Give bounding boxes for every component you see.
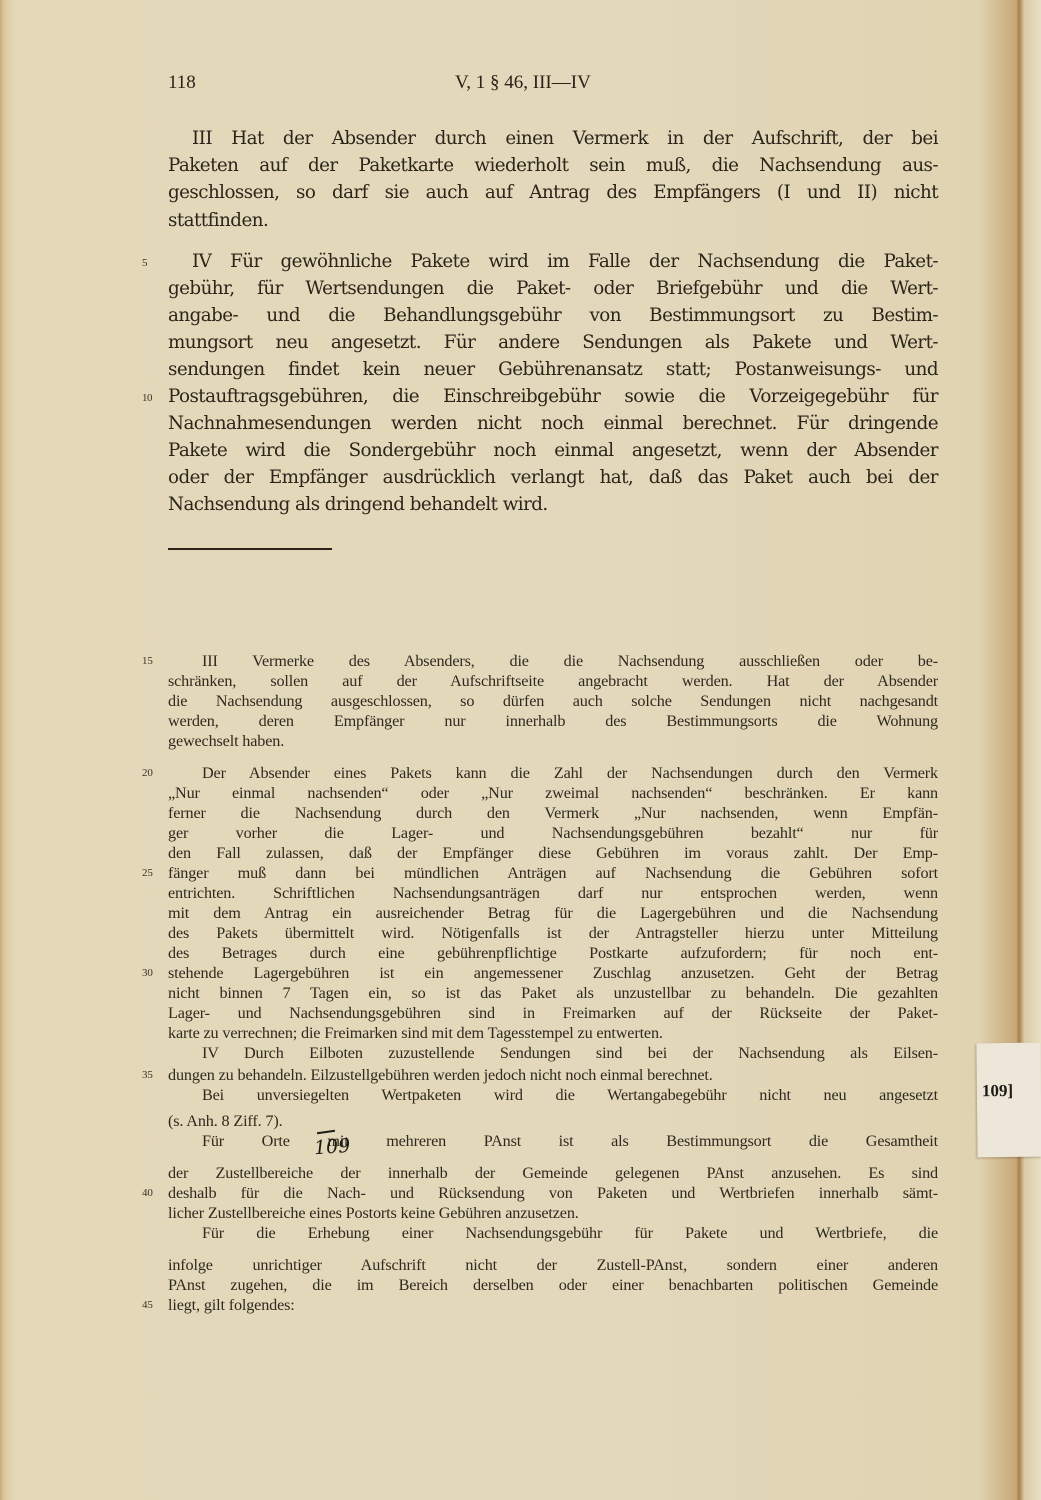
section-reference: V, 1 § 46, III—IV — [455, 72, 591, 94]
line-text: Lager- und Nachsendungsgebühren sind in … — [168, 1004, 938, 1023]
handwritten-note: 109 — [313, 1135, 351, 1159]
line-text: fänger muß dann bei mündlichen Anträgen … — [168, 864, 938, 883]
line-text: gebühr, für Wertsendungen die Paket- ode… — [168, 278, 938, 299]
line-number: 5 — [142, 257, 147, 269]
line-text: sendungen findet kein neuer Gebührenansa… — [168, 359, 938, 380]
line-number: 35 — [142, 1069, 153, 1081]
page-number: 118 — [168, 72, 196, 94]
line-text: Bei unversiegelten Wertpaketen wird die … — [202, 1086, 938, 1105]
footnote-separator-rule — [168, 548, 332, 550]
insert-label: 109] — [982, 1081, 1013, 1101]
line-text: Nachnahmesendungen werden nicht noch ein… — [168, 413, 938, 434]
line-text: Pakete wird die Sondergebühr noch einmal… — [168, 440, 938, 461]
line-text: Nachsendung als dringend behandelt wird. — [168, 494, 548, 515]
line-text: Für Orte mit mehreren PAnst ist als Best… — [202, 1132, 938, 1151]
line-text: geschlossen, so darf sie auch auf Antrag… — [168, 182, 938, 203]
line-number: 30 — [142, 967, 153, 979]
line-text: der Zustellbereiche der innerhalb der Ge… — [168, 1164, 938, 1183]
line-number: 20 — [142, 767, 153, 779]
line-number: 25 — [142, 867, 153, 879]
line-text: schränken, sollen auf der Aufschriftseit… — [168, 672, 938, 691]
line-text: den Fall zulassen, daß der Empfänger die… — [168, 844, 938, 863]
line-text: liegt, gilt folgendes: — [168, 1296, 295, 1315]
scanned-book-page: 118 V, 1 § 46, III—IV III Hat der Absend… — [0, 0, 1041, 1500]
line-text: werden, deren Empfänger nur innerhalb de… — [168, 712, 938, 731]
line-number: 10 — [142, 392, 152, 404]
line-text: IV Für gewöhnliche Pakete wird im Falle … — [192, 251, 938, 272]
line-text: mit dem Antrag ein ausreichender Betrag … — [168, 904, 938, 923]
line-text: PAnst zugehen, die im Bereich derselben … — [168, 1276, 938, 1295]
line-text: ferner die Nachsendung durch den Vermerk… — [168, 804, 938, 823]
line-text: karte zu verrechnen; die Freimarken sind… — [168, 1024, 663, 1043]
line-text: IV Durch Eilboten zuzustellende Sendunge… — [202, 1044, 938, 1063]
line-text: oder der Empfänger ausdrücklich verlangt… — [168, 467, 938, 488]
margin-paper-insert: 109] — [976, 1043, 1041, 1158]
line-text: die Nachsendung ausgeschlossen, so dürfe… — [168, 692, 938, 711]
line-text: Paketen auf der Paketkarte wiederholt se… — [168, 155, 938, 176]
line-text: III Vermerke des Absenders, die die Nach… — [202, 652, 938, 671]
line-text: gewechselt haben. — [168, 732, 284, 751]
line-text: Für die Erhebung einer Nachsendungsgebüh… — [202, 1224, 938, 1243]
line-text: III Hat der Absender durch einen Vermerk… — [192, 128, 938, 149]
line-text: Postauftragsgebühren, die Einschreibgebü… — [168, 386, 938, 407]
line-text: angabe- und die Behandlungsgebühr von Be… — [168, 305, 938, 326]
line-text: „Nur einmal nachsenden“ oder „Nur zweima… — [168, 784, 938, 803]
line-text: licher Zustellbereiche eines Postorts ke… — [168, 1204, 579, 1223]
line-text: nicht binnen 7 Tagen ein, so ist das Pak… — [168, 984, 938, 1003]
line-text: stehende Lagergebühren ist ein angemesse… — [168, 964, 938, 983]
line-text: entrichten. Schriftlichen Nachsendungsan… — [168, 884, 938, 903]
line-text: mungsort neu angesetzt. Für andere Sendu… — [168, 332, 938, 353]
line-number: 45 — [142, 1299, 153, 1311]
line-text: (s. Anh. 8 Ziff. 7). — [168, 1112, 283, 1131]
line-text: infolge unrichtiger Aufschrift nicht der… — [168, 1256, 938, 1275]
line-number: 15 — [142, 655, 153, 667]
line-text: des Pakets übermittelt wird. Nötigenfall… — [168, 924, 938, 943]
line-text: stattfinden. — [168, 210, 268, 231]
line-number: 40 — [142, 1187, 153, 1199]
line-text: des Betrages durch eine gebührenpflichti… — [168, 944, 938, 963]
line-text: ger vorher die Lager- und Nachsendungsge… — [168, 824, 938, 843]
line-text: deshalb für die Nach- und Rücksendung vo… — [168, 1184, 938, 1203]
line-text: Der Absender eines Pakets kann die Zahl … — [202, 764, 938, 783]
line-text: dungen zu behandeln. Eilzustellgebühren … — [168, 1066, 713, 1085]
